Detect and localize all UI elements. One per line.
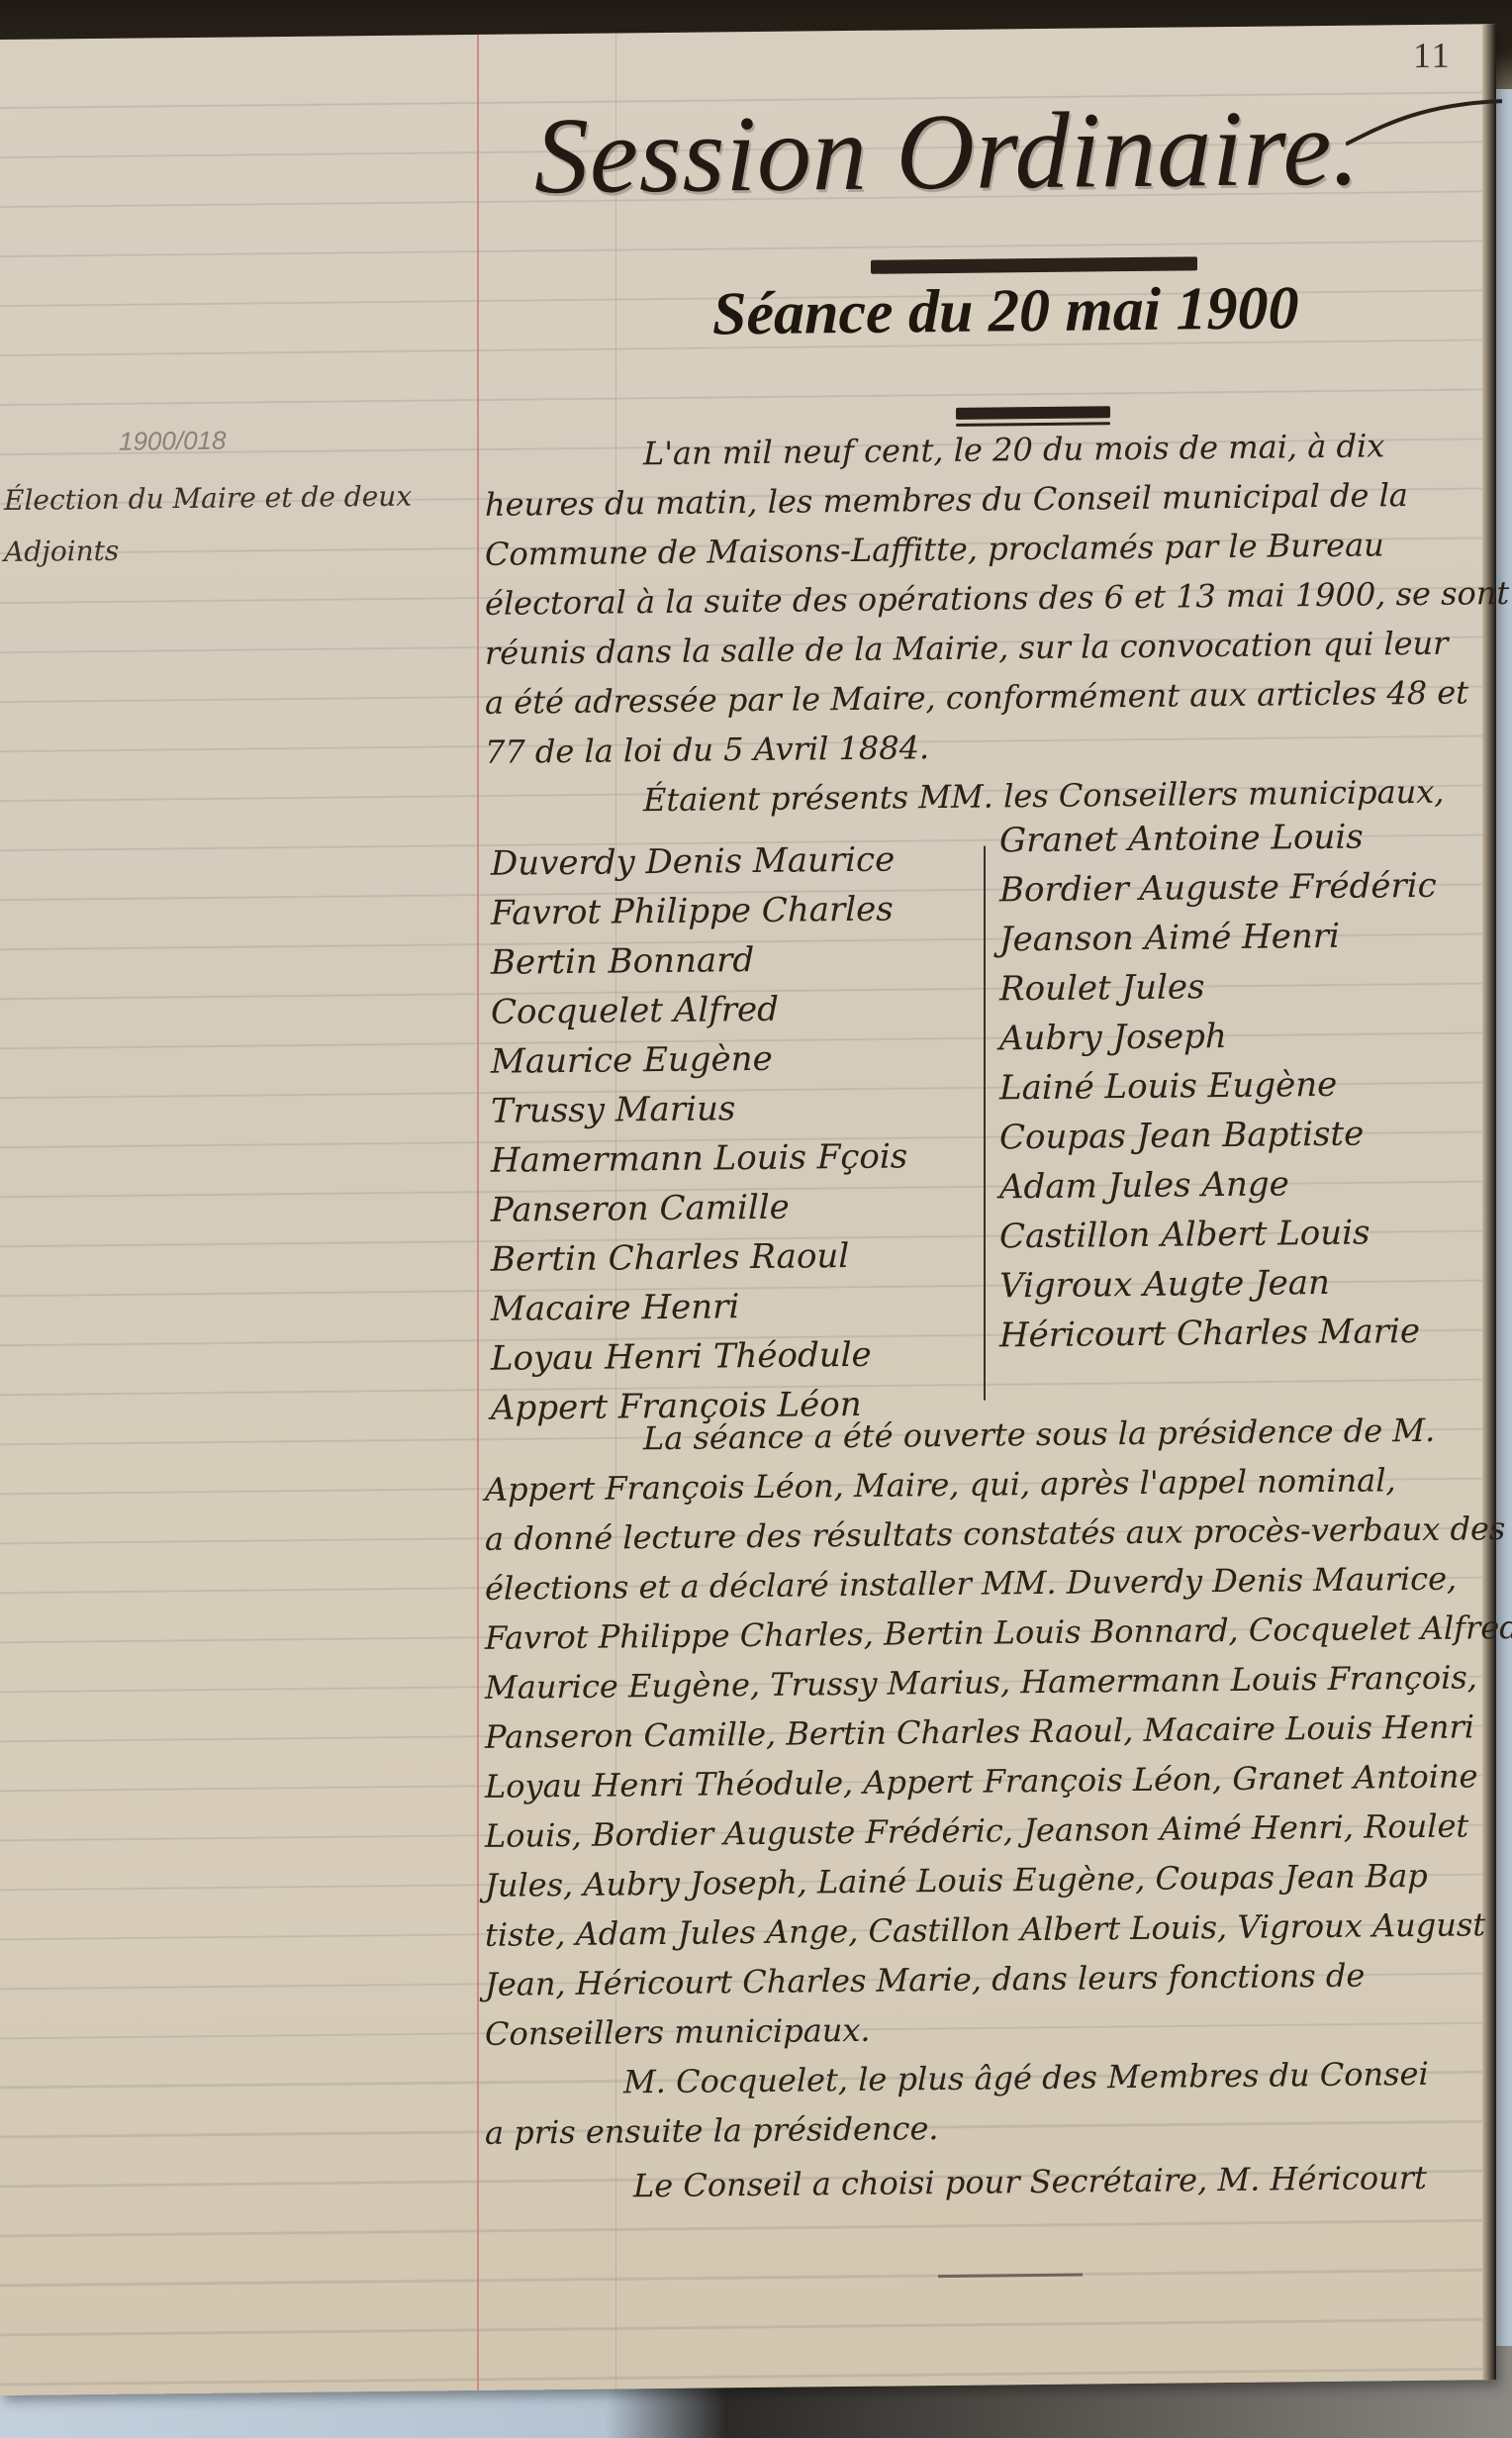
text-line: Jean, Héricourt Charles Marie, dans leur… xyxy=(485,1949,1494,2009)
councillor-name: Trussy Marius xyxy=(491,1082,907,1135)
councillor-name: Panseron Camille xyxy=(491,1181,907,1234)
text-line: a été adressée par le Maire, conformémen… xyxy=(485,667,1494,728)
register-page: 11 Session Ordinaire. Séance du 20 mai 1… xyxy=(0,24,1496,2395)
councillor-name: Cocquelet Alfred xyxy=(491,983,907,1036)
councillor-name: Castillon Albert Louis xyxy=(999,1208,1437,1262)
councillor-name: Duverdy Denis Maurice xyxy=(491,834,907,888)
session-date-heading: Séance du 20 mai 1900 xyxy=(712,273,1298,349)
councillor-name: Vigroux Augte Jean xyxy=(999,1257,1437,1312)
councillor-name: Bordier Auguste Frédéric xyxy=(999,861,1437,916)
councillor-name: Jeanson Aimé Henri xyxy=(999,911,1437,965)
councillor-name: Roulet Jules xyxy=(999,960,1437,1015)
councillor-name: Adam Jules Ange xyxy=(999,1158,1437,1213)
presidency-paragraph: M. Cocquelet, le plus âgé des Membres du… xyxy=(485,2048,1494,2158)
page-number: 11 xyxy=(1413,35,1452,76)
councillor-name: Favrot Philippe Charles xyxy=(491,884,907,937)
councillor-name: Lainé Louis Eugène xyxy=(999,1059,1437,1114)
councillor-name: Aubry Joseph xyxy=(999,1010,1437,1064)
page-title: Session Ordinaire. xyxy=(534,85,1361,220)
councillor-name: Loyau Henri Théodule xyxy=(491,1329,907,1383)
councillors-right-column: Granet Antoine Louis Bordier Auguste Fré… xyxy=(999,812,1437,1361)
councillor-name: Bertin Charles Raoul xyxy=(491,1230,907,1284)
subtitle-underline xyxy=(956,406,1110,420)
margin-rule xyxy=(477,35,479,2390)
margin-reference-number: 1900/018 xyxy=(119,426,226,457)
column-divider xyxy=(984,846,986,1401)
councillor-name: Hamermann Louis Fçois xyxy=(491,1131,907,1185)
secretary-paragraph: Le Conseil a choisi pour Secrétaire, M. … xyxy=(485,2152,1494,2212)
councillors-left-column: Duverdy Denis Maurice Favrot Philippe Ch… xyxy=(491,834,907,1432)
councillor-name: Coupas Jean Baptiste xyxy=(999,1109,1437,1163)
text-line: a pris ensuite la présidence. xyxy=(485,2097,1494,2158)
councillor-name: Héricourt Charles Marie xyxy=(999,1307,1437,1361)
councillor-name: Macaire Henri xyxy=(491,1280,907,1333)
margin-note: Élection du Maire et de deux Adjoints xyxy=(4,470,469,578)
councillor-name: Granet Antoine Louis xyxy=(999,812,1437,866)
opening-paragraph: L'an mil neuf cent, le 20 du mois de mai… xyxy=(485,420,1494,827)
councillor-name: Bertin Bonnard xyxy=(491,933,907,987)
text-line: M. Cocquelet, le plus âgé des Membres du… xyxy=(485,2048,1494,2108)
installation-paragraph: La séance a été ouverte sous la présiden… xyxy=(485,1405,1494,2059)
councillor-name: Maurice Eugène xyxy=(491,1032,907,1086)
text-line: Le Conseil a choisi pour Secrétaire, M. … xyxy=(485,2152,1494,2212)
title-flourish-icon xyxy=(1346,93,1504,154)
